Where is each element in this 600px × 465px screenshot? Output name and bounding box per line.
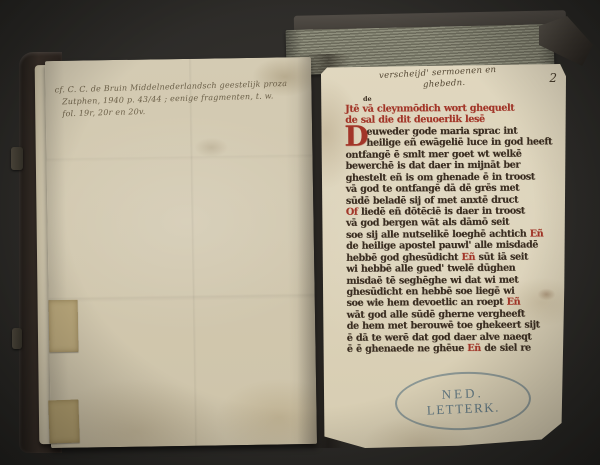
body-text: sūt iā seit <box>475 251 528 262</box>
rubricated-text: Of <box>346 207 361 218</box>
body-text: vā god bergen wāt als dāmō seit <box>346 217 509 229</box>
body-text: de hem met berouwē toe ghekeert sijt <box>347 320 540 332</box>
interlinear-correction: de <box>363 95 372 103</box>
repair-tape-top <box>49 300 79 352</box>
body-text: soe sij alle nutselikē loeghē achtich <box>346 228 530 240</box>
stamp-line-2: LETTERK. <box>426 399 500 418</box>
manuscript-line: hebbē god ghesūdicht Eñ sūt iā seit <box>346 251 555 264</box>
repair-tape-bottom <box>48 399 79 443</box>
rubricated-text: Eñ <box>530 228 544 239</box>
body-text: ontfangē ē smlt mer goet wt welkē <box>345 148 521 160</box>
body-text: de siel re <box>481 343 531 354</box>
manuscript-text-block: D Jtē vā cleynmōdich wort ghequeltde sal… <box>345 102 556 355</box>
library-stamp: NED. LETTERK. <box>394 369 532 433</box>
body-text: sūdē beladē sij of met anxtē druct <box>346 194 518 206</box>
rubricated-text: Eñ <box>467 343 481 354</box>
body-text: liedē eñ dōtēciē is daer in troost <box>361 205 525 217</box>
body-text: vā god te ontfangē dā dē grēs met <box>346 183 520 195</box>
clasp-remnant-top <box>11 147 23 170</box>
body-text: hebbē god ghesūdicht <box>346 252 461 264</box>
rubricated-text: Eñ <box>507 297 521 308</box>
body-text: misdaē tē seghēghe wi dat wi met <box>346 274 518 286</box>
librarian-note: cf. C. C. de Bruin Middelnederlandsch ge… <box>55 77 308 120</box>
manuscript-line: ē ē ghenaede ne ghēue Eñ de siel re <box>347 342 556 355</box>
body-text: ē ē ghenaede ne ghēue <box>347 343 468 355</box>
folio-number: 2 <box>549 71 557 85</box>
body-text: ghestelt eñ is om ghenade ē in troost <box>346 171 535 183</box>
rubricated-initial: D <box>344 125 368 149</box>
body-text: wi hebbē alle gued' twelē dūghen <box>346 263 515 275</box>
clasp-remnant-bottom <box>12 328 22 349</box>
body-text: soe wie hem devoetlic an roept <box>346 297 506 309</box>
body-text: euweder gode maria sprac int <box>366 125 517 137</box>
body-text: de heilige apostel pauwl' alle misdadē <box>346 240 538 252</box>
page-header-line-2: ghebedn. <box>423 78 466 90</box>
manuscript-line: heilige eñ ewāgeliē luce in god heeft <box>345 137 554 150</box>
body-text: wāt god alle sūdē gherne vergheeft <box>347 308 525 320</box>
manuscript-line: ghestelt eñ is om ghenade ē in troost <box>346 171 555 184</box>
body-text: heilige eñ ewāgeliē luce in god heeft <box>366 137 552 149</box>
manuscript-photo: cf. C. C. de Bruin Middelnederlandsch ge… <box>0 0 600 465</box>
rubricated-text: Eñ <box>461 252 475 263</box>
manuscript-line: Of liedē eñ dōtēciē is daer in troost <box>346 205 555 218</box>
right-page: verscheijd' sermoenen en ghebedn. 2 de D… <box>321 64 566 448</box>
rubricated-text: Jtē vā cleynmōdich wort ghequelt <box>345 103 514 115</box>
body-text: bewerchē is dat daer in mijnāt ber <box>346 160 521 172</box>
